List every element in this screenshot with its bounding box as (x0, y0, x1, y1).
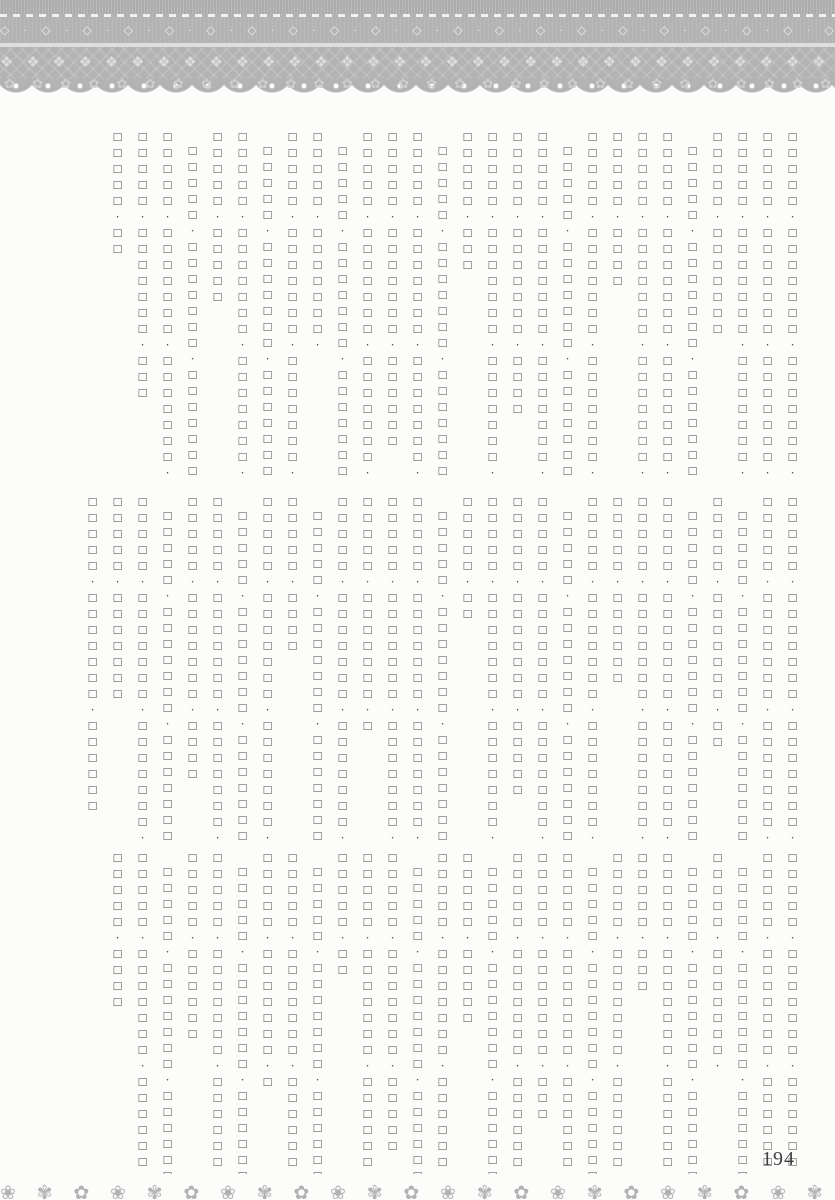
text-column: □□□□□·□□ (105, 129, 130, 481)
text-column: □□□□□·□□□□□□ (605, 494, 630, 840)
text-column: □□□□□·□□□ (455, 129, 480, 481)
lace-scallop-edge: ✿ ✿ ✿ ✿ ✿ ✿ ✿ ✿ ✿ ✿ ✿ ✿ ✿ ✿ ✿ ✿ ✿ ✿ ✿ ✿ … (0, 79, 835, 109)
text-column: □□□□□·□□□□□□□·□□□□□□□·□□ (405, 494, 430, 840)
text-column: □□□□□·□□□□□□□·□□□□□□□·□□ (580, 494, 605, 840)
text-column: □□□□□·□□□□□□□·□□□□□□□·□ (605, 850, 630, 1174)
text-column: □□□□□·□□□□□□□·□□□□□□□·□ (730, 494, 755, 840)
text-section-1: □□□□□·□□□□□□□·□□□□□□□·□□□□□□·□□□□□□□·□□□… (105, 129, 805, 481)
text-column: □□□□□·□□□□□□□·□□□□□□□ (130, 850, 155, 1174)
text-column: □□□□□·□□□□□□□·□□□□□□□·□□ (655, 494, 680, 840)
text-column: □□□□□·□□□□□□□·□□□□□□□·□□ (755, 494, 780, 840)
text-column: □□□□□·□□□□□□□·□□□□□□□·□□ (555, 129, 580, 481)
top-lace-border: ◇ · ◇ · ◇ · ◇ · ◇ · ◇ · ◇ · ◇ · ◇ · ◇ · … (0, 0, 835, 109)
text-column: □□□□□·□□□□□□□·□□□□□□□· (305, 850, 330, 1174)
text-column: □□□□□·□□□□□□□·□□□□□□□·□ (680, 494, 705, 840)
text-column: □□□□□·□□□□□□□·□□□□□□□·□□ (630, 494, 655, 840)
text-column: □□□□□·□□□□□□□·□□□□□□□· (730, 850, 755, 1174)
text-column: □□□□□·□□□□□□□·□□□□□ (505, 494, 530, 840)
text-column: □□□□□·□□□□□□□·□□□□□□□·□ (655, 850, 680, 1174)
text-column: □□□□□·□□□□□□□·□□□□□□□·□□ (480, 494, 505, 840)
text-column: □□□□□·□□□□□□□·□□□□□ (380, 850, 405, 1174)
text-column: □□□□□·□□□□□□□·□□□□□□ (80, 494, 105, 840)
text-column: □□□□□·□□□□□□□·□□□□□□□·□ (555, 850, 580, 1174)
text-column: □□□□□·□□□ (630, 850, 655, 1174)
text-column: □□□□□·□□□□ (105, 850, 130, 1174)
text-column: □□□□□·□□□□□□□·□□□□□□□·□ (230, 494, 255, 840)
text-column: □□□□□·□□□□□□□·□ (255, 850, 280, 1174)
text-column: □□□□□·□□□□□□□ (705, 129, 730, 481)
text-column: □□□□□·□□□□□□□·□□□□□□□·□ (155, 850, 180, 1174)
text-column: □□□□□·□□□□□□□·□□□□□□□·□□ (130, 494, 155, 840)
text-column: □□□□□·□□□□□□□·□□□□□□□·□□ (330, 494, 355, 840)
text-column: □□□□□·□□□□□□□ (105, 494, 130, 840)
text-section-3: □□□□□·□□□□□□□·□□□□□□□□□□□□·□□□□□□□·□□□□□… (105, 850, 805, 1174)
text-column: □□□□□·□□□□□□□·□□□□□□□·□ (505, 850, 530, 1174)
text-column: □□□□□·□□□□□□□·□□□□□□□·□□□ (480, 129, 505, 481)
text-column: □□□□□·□□□□□□□·□□□□□□□· (405, 850, 430, 1174)
text-column: □□□□□·□□□□□□□·□□□□□□□·□ (280, 850, 305, 1174)
text-column: □□□□□·□□□□□□□·□□□□□□□·□ (230, 850, 255, 1174)
text-column: □□□□□·□□□□□□□·□□□□□□□·□□□ (655, 129, 680, 481)
text-column: □□□□□·□□□□□□□·□□□□□□□·□□ (430, 129, 455, 481)
page-number: 194 (762, 1148, 795, 1171)
text-column: □□□□□·□□□□□□□·□□□□□□□· (580, 850, 605, 1174)
text-column: □□□□□·□□□□□□□·□□□□□□□·□□ (255, 494, 280, 840)
text-column: □□□□□·□□□□□□□·□□□□□□□·□□□ (355, 129, 380, 481)
text-column: □□□□□·□□□□□□□·□□□□□□□·□□□ (530, 129, 555, 481)
text-column: □□□□□·□□□□□□□·□□□□□□□·□ (430, 850, 455, 1174)
text-column: □□□□□·□□□□□□□·□□□□□□□·□□□ (580, 129, 605, 481)
text-column: □□□□□·□□□□□□□·□□□□□□□·□□□ (755, 129, 780, 481)
text-column: □□□□□·□□□□□□□·□□□□□□□ (780, 850, 805, 1174)
text-column: □□□□□·□□□□□□□·□□□□□□□·□□ (380, 494, 405, 840)
text-column: □□□□□·□□□□□□□·□□□□□□□·□ (430, 494, 455, 840)
text-section-2: □□□□□·□□□□□□□·□□□□□□□·□□□□□·□□□□□□□·□□□□… (80, 494, 805, 840)
lace-flower-row: ✿ ✿ ✿ ✿ ✿ ✿ ✿ ✿ ✿ ✿ ✿ ✿ ✿ ✿ ✿ ✿ ✿ ✿ ✿ ✿ … (0, 75, 835, 93)
text-column: □□□□□·□□□□□□□·□□□□ (180, 494, 205, 840)
text-column: □□□□□·□□□□□ (455, 850, 480, 1174)
text-column: □□□□□·□□□□□□□·□□ (705, 494, 730, 840)
text-column: □□□□□·□□□□□□□·□□□□□□□· (205, 850, 230, 1174)
text-column: □□□□□·□□□□□□ (180, 850, 205, 1174)
text-column: □□□□□·□□□□□□□·□□□□□□□·□□□ (230, 129, 255, 481)
text-column: □□□□□·□□□□□□□·□□□□□□□·□□□ (405, 129, 430, 481)
text-column: □□□□□·□□□□□□□·□□□□□□□·□□□ (280, 129, 305, 481)
bottom-lace-border: ❀ ✾ ✿ ❀ ✾ ✿ ❀ ✾ ✿ ❀ ✾ ✿ ❀ ✾ ✿ ❀ ✾ ✿ ❀ ✾ … (0, 1178, 835, 1200)
lace-diamond-row: ◇ · ◇ · ◇ · ◇ · ◇ · ◇ · ◇ · ◇ · ◇ · ◇ · … (0, 17, 835, 43)
text-column: □□□□□·□□□□□□□·□ (355, 494, 380, 840)
text-column: □□□□□·□□□□□□□·□□□□□□□·□ (780, 129, 805, 481)
scanned-book-page: ◇ · ◇ · ◇ · ◇ · ◇ · ◇ · ◇ · ◇ · ◇ · ◇ · … (0, 0, 835, 1200)
text-column: □□□□□·□□□□□□□·□□□□□□□·□□□ (630, 129, 655, 481)
text-column: □□□□□·□□□□□□□·□□□ (530, 850, 555, 1174)
text-column: □□□□□·□□□□□□□·□□□□□□□·□□ (155, 494, 180, 840)
text-column: □□□□□·□□□□□□□·□□□□□□□·□□ (205, 494, 230, 840)
text-column: □□□□□·□□□□□□□·□□□□□□□· (480, 850, 505, 1174)
text-column: □□□□□·□□□□□□□·□□□□□□□·□ (355, 850, 380, 1174)
text-column: □□□□□·□□□□□□□·□□□□□□□· (680, 850, 705, 1174)
text-column: □□□□□·□□□□□□□·□□□□□□□·□ (755, 850, 780, 1174)
text-column: □□□□□·□□ (330, 850, 355, 1174)
lace-solid-band (0, 0, 835, 14)
text-column: □□□□□·□□□□□□□·□□□□□□□·□□ (180, 129, 205, 481)
text-column: □□□□□·□□□□□□□·□□□□□□□·□ (555, 494, 580, 840)
text-column: □□□□□·□□ (455, 494, 480, 840)
lace-flower-row: ❀ ✾ ✿ ❀ ✾ ✿ ❀ ✾ ✿ ❀ ✾ ✿ ❀ ✾ ✿ ❀ ✾ ✿ ❀ ✾ … (0, 1184, 835, 1200)
text-column: □□□□□·□□□□□□□· (705, 850, 730, 1174)
text-column: □□□□□·□□□□□□□·□□□ (130, 129, 155, 481)
text-column: □□□□□·□□□□□ (205, 129, 230, 481)
text-column: □□□□□·□□□□□□□·□□□□□□ (380, 129, 405, 481)
text-column: □□□□□·□□□□□□□·□□□□□□□·□□ (680, 129, 705, 481)
text-column: □□□□□·□□□□ (605, 129, 630, 481)
text-column: □□□□□·□□□□□□□·□□□□□□□·□□□ (155, 129, 180, 481)
text-column: □□□□□·□□□□□□□· (305, 129, 330, 481)
text-column: □□□□□·□□□□□□□·□□□□□□□·□□ (530, 494, 555, 840)
text-column: □□□□□·□□□□ (280, 494, 305, 840)
text-column: □□□□□·□□□□□□□·□□□□□□□·□□□ (730, 129, 755, 481)
text-column: □□□□□·□□□□□□□·□□□□□□□· (780, 494, 805, 840)
text-column: □□□□□·□□□□□□□·□□□□□□□·□□ (255, 129, 280, 481)
text-column: □□□□□·□□□□□□□·□□□□□□□·□ (305, 494, 330, 840)
text-column: □□□□□·□□□□□□□·□□□□□□□·□□ (330, 129, 355, 481)
text-column: □□□□□·□□□□□□□·□□□□ (505, 129, 530, 481)
